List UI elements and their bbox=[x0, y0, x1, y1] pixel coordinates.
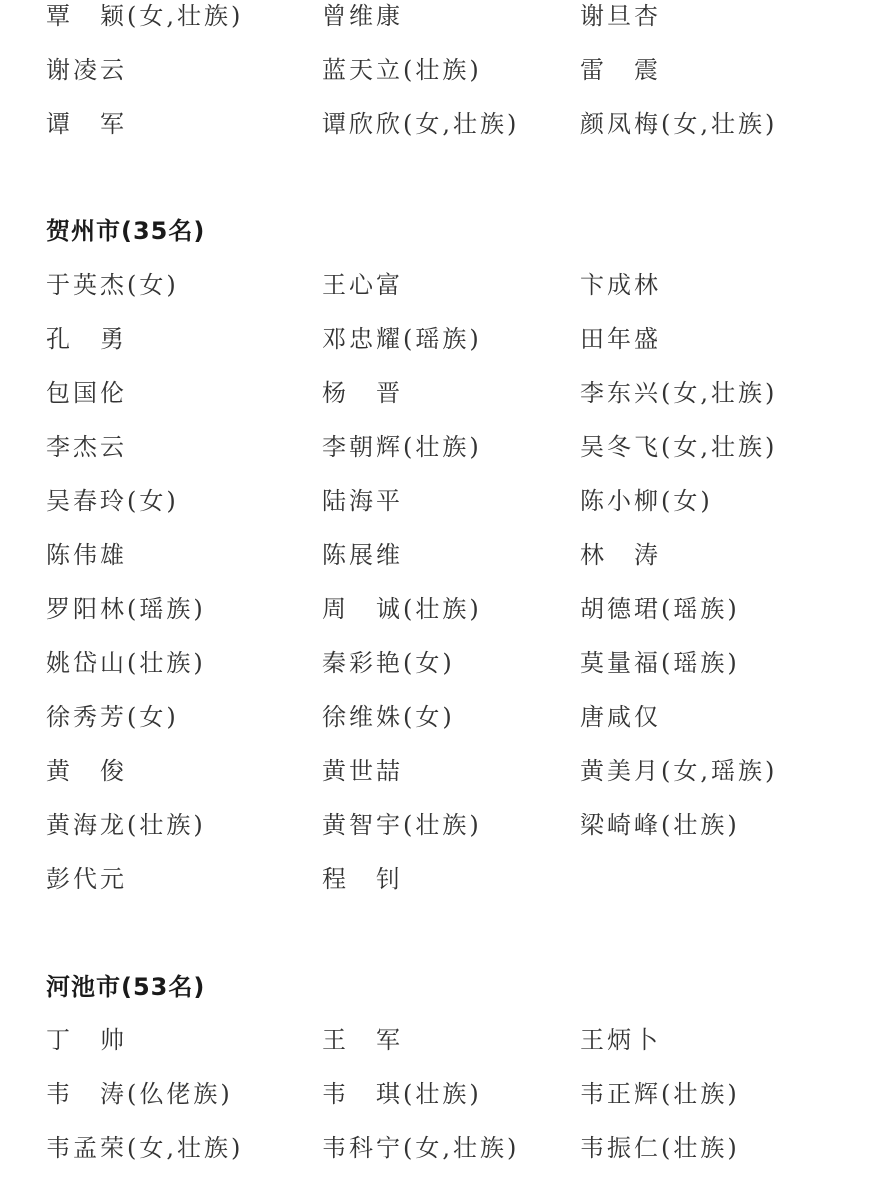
name-entry: 田年盛 bbox=[580, 312, 661, 366]
name-entry: 莫量福(瑶族) bbox=[580, 636, 740, 690]
name-entry: 韦振仁(壮族) bbox=[580, 1121, 740, 1175]
name-entry: 陈展维 bbox=[322, 528, 403, 582]
name-entry: 李朝辉(壮族) bbox=[322, 420, 482, 474]
name-entry: 唐咸仅 bbox=[580, 690, 661, 744]
name-row: 黄海龙(壮族) 黄智宇(壮族) 梁崎峰(壮族) bbox=[0, 798, 886, 852]
name-entry: 韦 琪(壮族) bbox=[322, 1067, 482, 1121]
name-entry: 黄海龙(壮族) bbox=[46, 798, 206, 852]
name-entry: 孔 勇 bbox=[46, 312, 127, 366]
name-entry: 姚岱山(壮族) bbox=[46, 636, 206, 690]
name-row: 姚岱山(壮族) 秦彩艳(女) 莫量福(瑶族) bbox=[0, 636, 886, 690]
name-entry: 徐秀芳(女) bbox=[46, 690, 179, 744]
name-entry: 黄 俊 bbox=[46, 744, 127, 798]
name-entry: 覃 颖(女,壮族) bbox=[46, 0, 243, 43]
name-row: 谢凌云 蓝天立(壮族) 雷 震 bbox=[0, 43, 886, 97]
name-entry: 杨 晋 bbox=[322, 366, 403, 420]
name-entry: 吴冬飞(女,壮族) bbox=[580, 420, 777, 474]
name-row: 陈伟雄 陈展维 林 涛 bbox=[0, 528, 886, 582]
name-entry: 谭欣欣(女,壮族) bbox=[322, 97, 519, 151]
name-row: 谭 军 谭欣欣(女,壮族) 颜凤梅(女,壮族) bbox=[0, 97, 886, 151]
name-entry: 吴春玲(女) bbox=[46, 474, 179, 528]
name-row: 覃 颖(女,壮族) 曾维康 谢旦杏 bbox=[0, 0, 886, 43]
name-entry: 梁崎峰(壮族) bbox=[580, 798, 740, 852]
name-row: 包国伦 杨 晋 李东兴(女,壮族) bbox=[0, 366, 886, 420]
name-entry: 陈伟雄 bbox=[46, 528, 127, 582]
name-entry: 于英杰(女) bbox=[46, 258, 179, 312]
name-entry: 邓忠耀(瑶族) bbox=[322, 312, 482, 366]
name-entry: 程 钊 bbox=[322, 852, 403, 906]
name-entry: 曾维康 bbox=[322, 0, 403, 43]
name-entry: 谢旦杏 bbox=[580, 0, 661, 43]
name-entry: 陆海平 bbox=[322, 474, 403, 528]
name-entry: 黄世喆 bbox=[322, 744, 403, 798]
name-entry: 谭 军 bbox=[46, 97, 127, 151]
name-entry: 徐维姝(女) bbox=[322, 690, 455, 744]
name-entry: 秦彩艳(女) bbox=[322, 636, 455, 690]
name-entry: 陈小柳(女) bbox=[580, 474, 713, 528]
name-entry: 黄美月(女,瑶族) bbox=[580, 744, 777, 798]
name-entry: 彭代元 bbox=[46, 852, 127, 906]
name-entry: 王心富 bbox=[322, 258, 403, 312]
name-entry: 韦孟荣(女,壮族) bbox=[46, 1121, 243, 1175]
name-entry: 王炳卜 bbox=[580, 1013, 661, 1067]
name-entry: 李东兴(女,壮族) bbox=[580, 366, 777, 420]
name-row: 黄 俊 黄世喆 黄美月(女,瑶族) bbox=[0, 744, 886, 798]
name-entry: 李杰云 bbox=[46, 420, 127, 474]
name-entry: 韦 涛(仫佬族) bbox=[46, 1067, 233, 1121]
name-row: 于英杰(女) 王心富 卞成林 bbox=[0, 258, 886, 312]
name-entry: 胡德珺(瑶族) bbox=[580, 582, 740, 636]
name-entry: 颜凤梅(女,壮族) bbox=[580, 97, 777, 151]
name-row: 吴春玲(女) 陆海平 陈小柳(女) bbox=[0, 474, 886, 528]
section-title: 贺州市(35名) bbox=[46, 211, 205, 251]
name-entry: 韦科宁(女,壮族) bbox=[322, 1121, 519, 1175]
name-entry: 谢凌云 bbox=[46, 43, 127, 97]
name-entry: 王 军 bbox=[322, 1013, 403, 1067]
name-entry: 韦正辉(壮族) bbox=[580, 1067, 740, 1121]
name-entry: 周 诚(壮族) bbox=[322, 582, 482, 636]
name-row: 罗阳林(瑶族) 周 诚(壮族) 胡德珺(瑶族) bbox=[0, 582, 886, 636]
name-row: 彭代元 程 钊 bbox=[0, 852, 886, 906]
name-entry: 林 涛 bbox=[580, 528, 661, 582]
name-row: 韦 涛(仫佬族) 韦 琪(壮族) 韦正辉(壮族) bbox=[0, 1067, 886, 1121]
section-title: 河池市(53名) bbox=[46, 967, 205, 1007]
name-entry: 雷 震 bbox=[580, 43, 661, 97]
name-row: 韦孟荣(女,壮族) 韦科宁(女,壮族) 韦振仁(壮族) bbox=[0, 1121, 886, 1175]
name-entry: 黄智宇(壮族) bbox=[322, 798, 482, 852]
name-entry: 丁 帅 bbox=[46, 1013, 127, 1067]
name-row: 徐秀芳(女) 徐维姝(女) 唐咸仅 bbox=[0, 690, 886, 744]
name-entry: 卞成林 bbox=[580, 258, 661, 312]
name-row: 孔 勇 邓忠耀(瑶族) 田年盛 bbox=[0, 312, 886, 366]
name-row: 李杰云 李朝辉(壮族) 吴冬飞(女,壮族) bbox=[0, 420, 886, 474]
name-entry: 罗阳林(瑶族) bbox=[46, 582, 206, 636]
name-row: 丁 帅 王 军 王炳卜 bbox=[0, 1013, 886, 1067]
name-entry: 包国伦 bbox=[46, 366, 127, 420]
name-entry: 蓝天立(壮族) bbox=[322, 43, 482, 97]
